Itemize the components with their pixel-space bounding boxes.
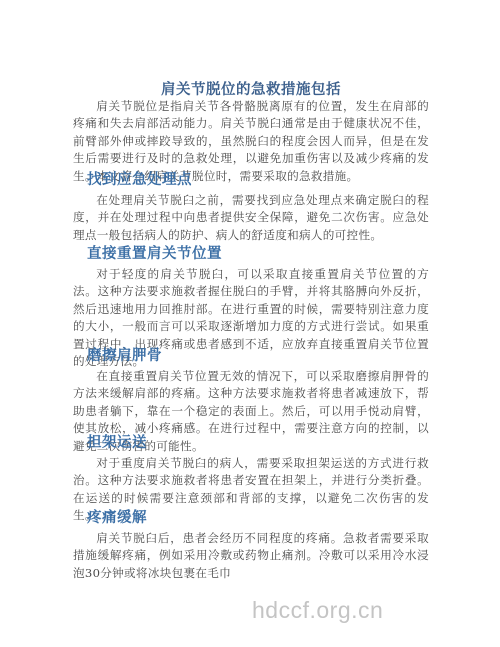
section-body-pain-relief: 肩关节脱臼后，患者会经历不同程度的疼痛。急救者需要采取措施缓解疼痛，例如采用冷敷… — [73, 530, 429, 582]
watermark: hdccf.org.cn — [252, 597, 383, 624]
section-body-emergency-point: 在处理肩关节脱臼之前，需要找到应急处理点来确定脱臼的程度，并在处理过程中向患者提… — [73, 192, 429, 244]
section-heading-direct-reset: 直接重置肩关节位置 — [87, 242, 222, 263]
document-title: 肩关节脱位的急救措施包括 — [73, 78, 429, 99]
section-heading-stretcher: 担架运送 — [87, 431, 147, 452]
section-heading-emergency-point: 找到应急处理点 — [87, 168, 192, 189]
section-heading-pain-relief: 疼痛缓解 — [87, 506, 147, 527]
section-heading-scapula-rub: 磨擦肩胛骨 — [87, 344, 162, 365]
